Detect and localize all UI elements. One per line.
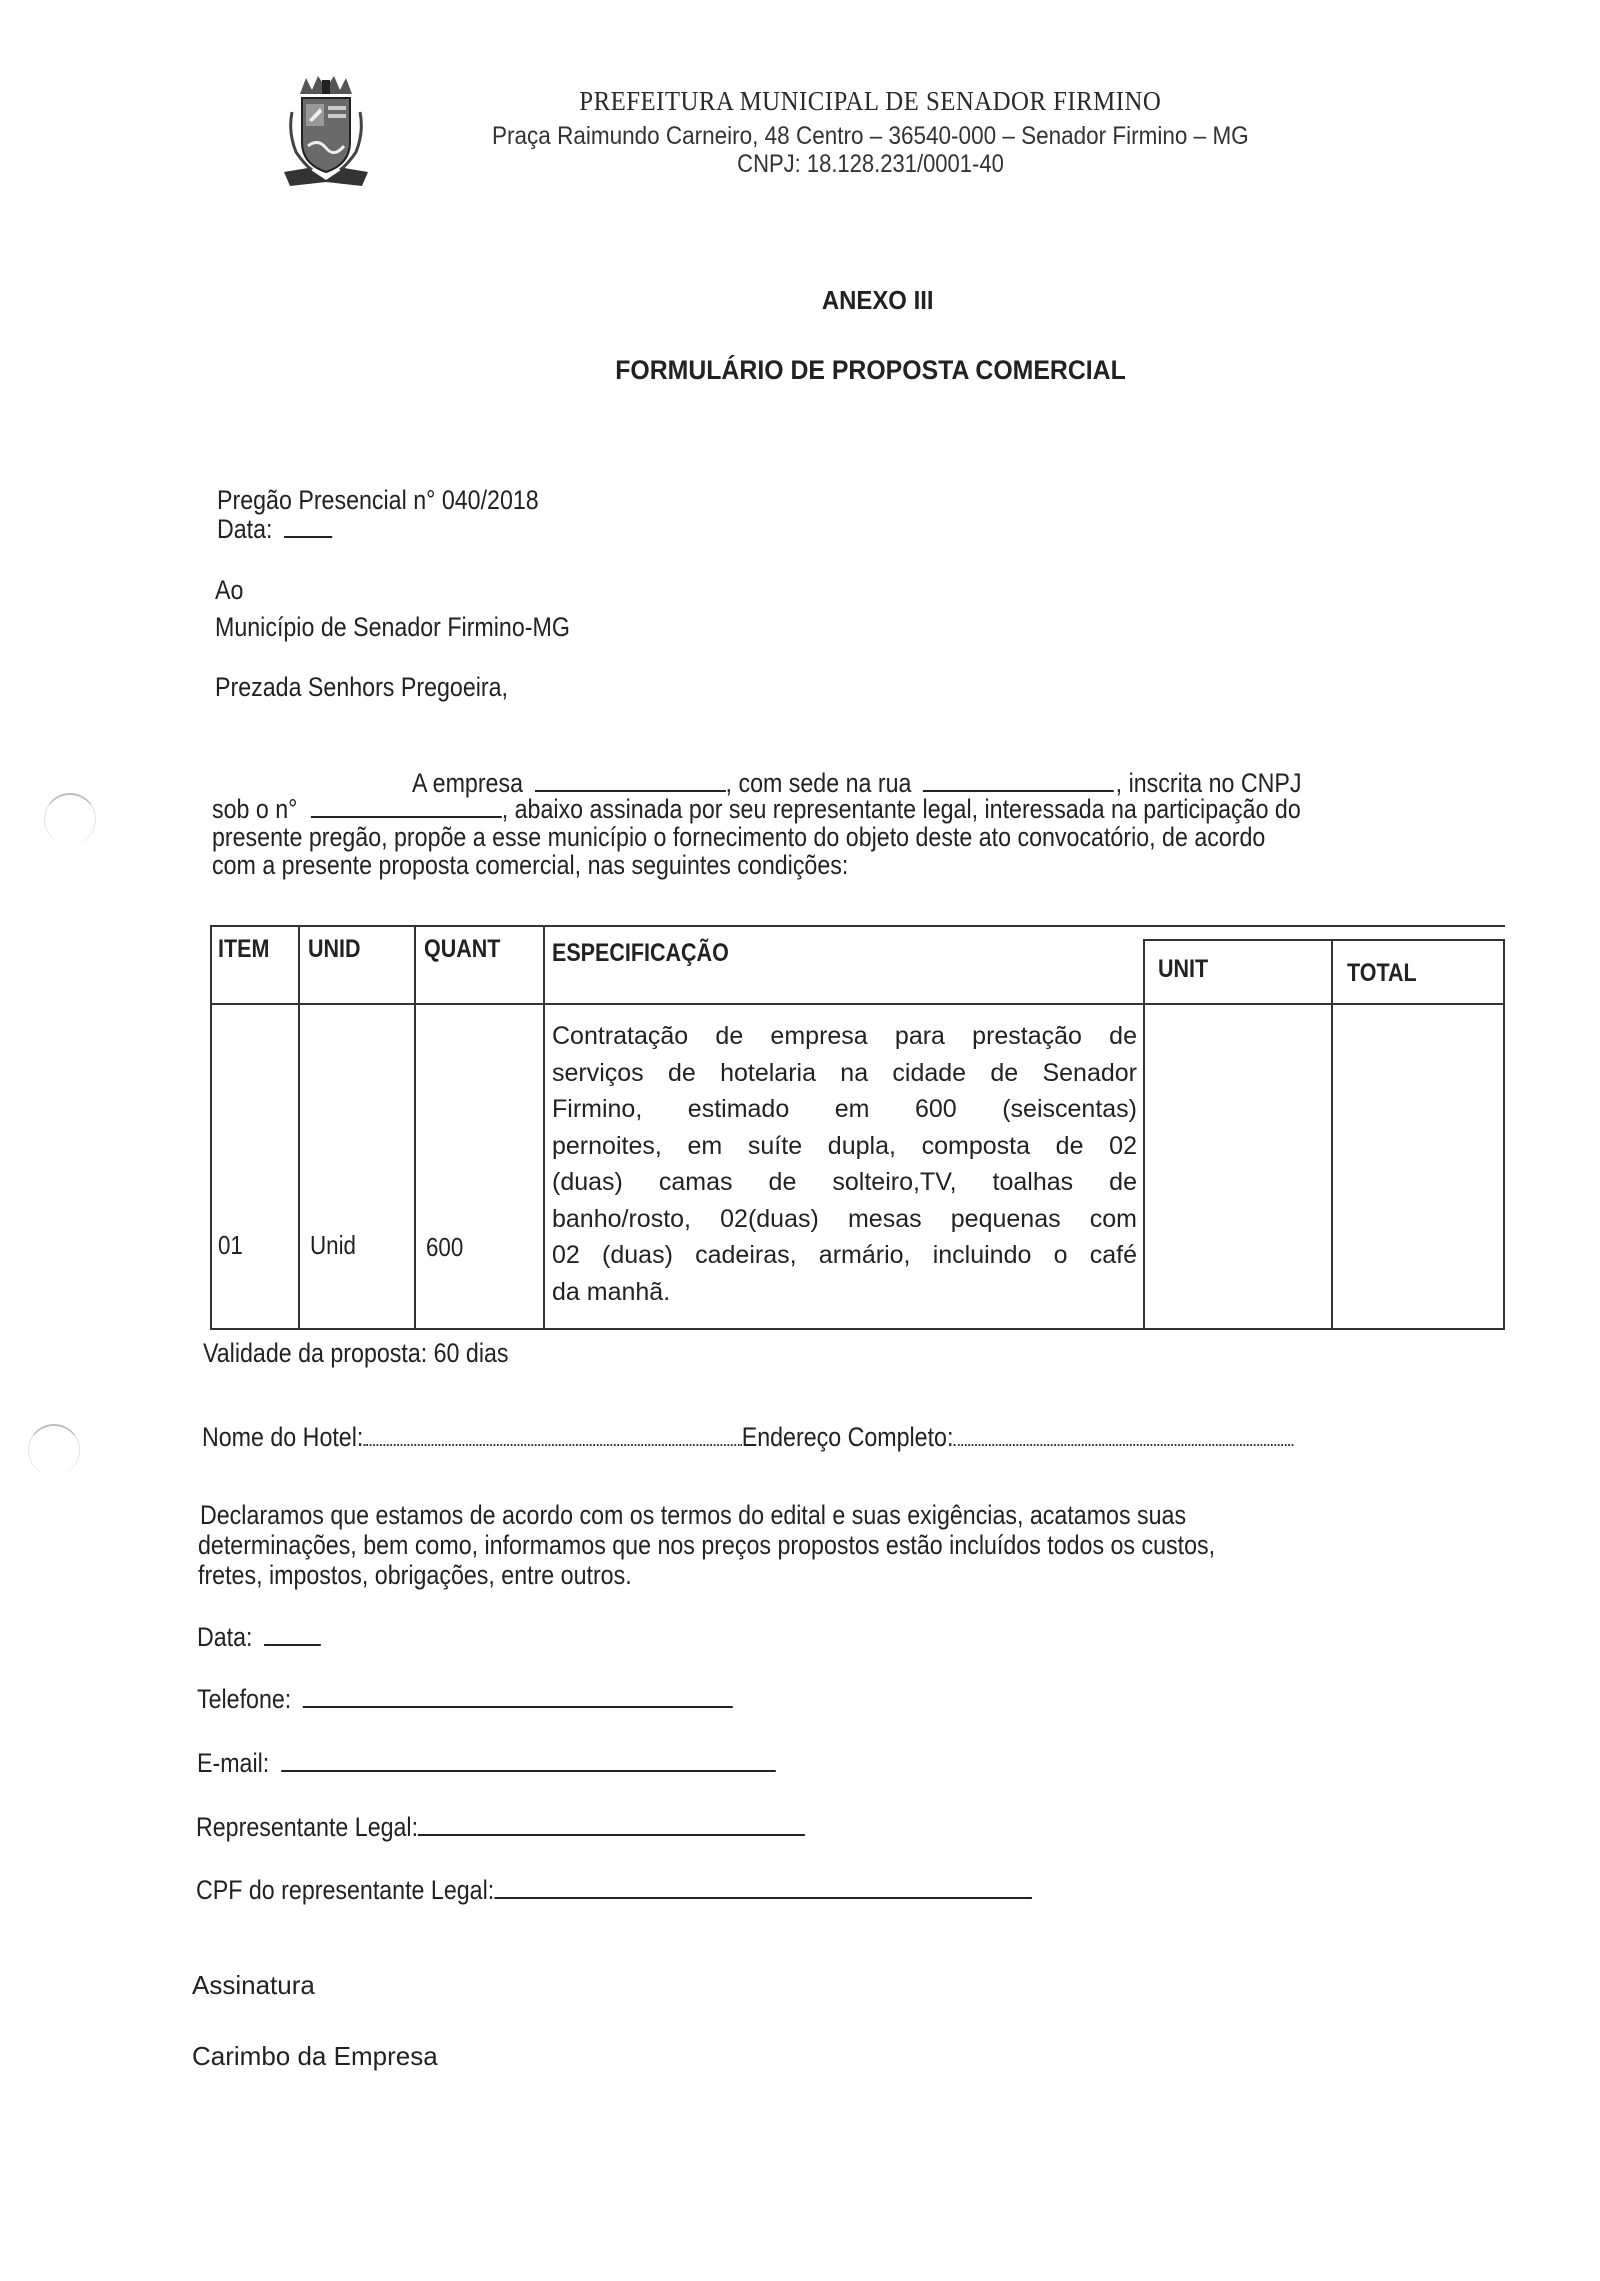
intro-sob-label: sob o n°	[212, 794, 297, 824]
email-field: E-mail:	[197, 1748, 775, 1779]
company-stamp-label: Carimbo da Empresa	[192, 2041, 438, 2072]
hotel-name-label: Nome do Hotel:	[202, 1422, 363, 1452]
org-name: PREFEITURA MUNICIPAL DE SENADOR FIRMINO	[0, 86, 1600, 117]
phone-field: Telefone:	[197, 1684, 733, 1715]
declaration-line2: determinações, bem como, informamos que …	[198, 1530, 1215, 1561]
date-field-bottom: Data:	[197, 1622, 321, 1653]
col-header-spec: ESPECIFICAÇÃO	[552, 939, 729, 968]
representative-field: Representante Legal:	[196, 1812, 805, 1843]
proposal-table: ITEM UNID QUANT ESPECIFICAÇÃO UNIT TOTAL…	[210, 925, 1505, 1330]
declaration-line3: fretes, impostos, obrigações, entre outr…	[198, 1560, 632, 1591]
email-label: E-mail:	[197, 1748, 269, 1778]
spec-line: serviços de hotelaria na cidade de Senad…	[552, 1055, 1137, 1092]
col-header-unid: UNID	[308, 935, 361, 964]
punch-hole-mark	[44, 793, 96, 845]
date-label: Data:	[217, 514, 273, 544]
addressee-line1: Ao	[215, 575, 243, 606]
annex-heading: ANEXO III	[0, 285, 1600, 316]
representative-input-line[interactable]	[418, 1814, 805, 1836]
street-blank[interactable]	[923, 768, 1114, 792]
phone-input-line[interactable]	[303, 1686, 733, 1708]
intro-line2: sob o n° , abaixo assinada por seu repre…	[212, 794, 1301, 825]
cell-spec: Contratação de empresa para prestação de…	[552, 1018, 1137, 1310]
tender-number: Pregão Presencial n° 040/2018	[217, 485, 539, 516]
cpf-input-line[interactable]	[494, 1877, 1032, 1899]
org-address: Praça Raimundo Carneiro, 48 Centro – 365…	[0, 122, 1600, 151]
col-header-item: ITEM	[218, 935, 269, 964]
declaration-line1: Declaramos que estamos de acordo com os …	[200, 1500, 1490, 1531]
representative-label: Representante Legal:	[196, 1812, 418, 1842]
form-title: FORMULÁRIO DE PROPOSTA COMERCIAL	[0, 355, 1600, 386]
punch-hole-mark	[28, 1424, 80, 1476]
intro-line3: presente pregão, propõe a esse município…	[212, 822, 1265, 853]
col-header-unit: UNIT	[1158, 955, 1208, 984]
date-blank[interactable]	[284, 514, 332, 538]
email-input-line[interactable]	[281, 1750, 776, 1772]
salutation: Prezada Senhors Pregoeira,	[215, 672, 508, 703]
cell-total-price[interactable]	[1338, 1020, 1498, 1310]
cell-unit-price[interactable]	[1150, 1020, 1325, 1310]
spec-line: pernoites, em suíte dupla, composta de 0…	[552, 1128, 1137, 1165]
phone-label: Telefone:	[197, 1684, 291, 1714]
validity: Validade da proposta: 60 dias	[203, 1338, 509, 1369]
spec-line: banho/rosto, 02(duas) mesas pequenas com	[552, 1201, 1137, 1238]
cnpj-number-blank[interactable]	[311, 794, 502, 818]
signature-label: Assinatura	[192, 1970, 315, 2001]
cell-quant: 600	[426, 1232, 463, 1263]
cpf-field: CPF do representante Legal:	[196, 1875, 1032, 1906]
org-cnpj: CNPJ: 18.128.231/0001-40	[0, 150, 1600, 179]
cell-unid: Unid	[310, 1230, 356, 1261]
addressee-line2: Município de Senador Firmino-MG	[215, 612, 570, 643]
hotel-name-field[interactable]	[363, 1424, 741, 1446]
spec-line: (duas) camas de solteiro,TV, toalhas de	[552, 1164, 1137, 1201]
intro-line4: com a presente proposta comercial, nas s…	[212, 850, 848, 881]
hotel-address-field[interactable]	[953, 1424, 1293, 1446]
spec-line: da manhã.	[552, 1274, 1137, 1311]
spec-line: 02 (duas) cadeiras, armário, incluindo o…	[552, 1237, 1137, 1274]
date-label-bottom: Data:	[197, 1622, 253, 1652]
col-header-total: TOTAL	[1347, 959, 1417, 988]
company-name-blank[interactable]	[535, 768, 726, 792]
cpf-label: CPF do representante Legal:	[196, 1875, 494, 1905]
date-blank-bottom[interactable]	[264, 1622, 321, 1646]
intro-signed-label: , abaixo assinada por seu representante …	[502, 794, 1301, 824]
date-field-top: Data:	[217, 514, 332, 545]
hotel-line: Nome do Hotel:Endereço Completo:	[202, 1422, 1293, 1453]
col-header-quant: QUANT	[424, 935, 500, 964]
spec-line: Firmino, estimado em 600 (seiscentas)	[552, 1091, 1137, 1128]
hotel-address-label: Endereço Completo:	[742, 1422, 954, 1452]
spec-line: Contratação de empresa para prestação de	[552, 1018, 1137, 1055]
cell-item: 01	[218, 1230, 243, 1261]
